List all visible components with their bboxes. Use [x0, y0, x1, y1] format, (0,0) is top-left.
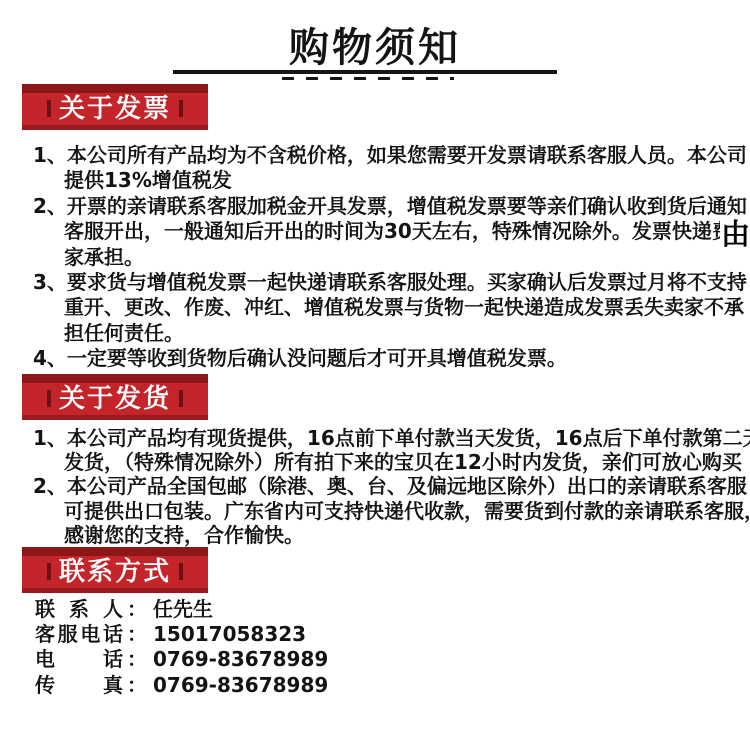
shopping-notice-page: 购物须知 关于发票 1、本公司所有产品均为不含税价格，如果您需要开发票请联系客服… — [0, 0, 750, 750]
badge-left-tick-icon — [47, 563, 51, 580]
notice-line: 担任何责任。 — [0, 321, 750, 346]
contact-separator: ： — [123, 622, 153, 647]
telephone-value: 0769-83678989 — [153, 647, 328, 671]
shipping-notice-text: 1、本公司产品均有现货提供，16点前下单付款当天发货，16点后下单付款第二天 发… — [0, 426, 750, 547]
invoice-notice-text: 1、本公司所有产品均为不含税价格，如果您需要开发票请联系客服人员。本公司 提供1… — [0, 143, 750, 372]
badge-right-tick-icon — [179, 563, 183, 580]
badge-left-tick-icon — [47, 390, 51, 407]
contact-info: 联系人：任先生 客服电话：15017058323 电话：0769-8367898… — [0, 597, 750, 698]
section-badge-invoice-label: 关于发票 — [59, 96, 171, 122]
page-title: 购物须知 — [0, 24, 750, 72]
notice-line: 重开、更改、作废、冲红、增值税发票与货物一起快递造成发票丢失卖家不承 — [0, 295, 750, 320]
section-badge-invoice: 关于发票 — [22, 84, 208, 130]
contact-row: 联系人：任先生 — [0, 597, 750, 622]
contact-row: 客服电话：15017058323 — [0, 622, 750, 647]
badge-left-tick-icon — [47, 100, 51, 117]
title-dash-artifact — [282, 77, 454, 80]
contact-label: 客服电话 — [35, 622, 123, 647]
contact-label: 电话 — [35, 647, 123, 672]
notice-line: 4、一定要等收到货物后确认没问题后才可开具增值税发票。 — [0, 346, 750, 371]
contact-separator: ： — [123, 597, 153, 622]
contact-separator: ： — [123, 647, 153, 672]
notice-line: 感谢您的支持，合作愉快。 — [0, 523, 750, 547]
badge-right-tick-icon — [179, 390, 183, 407]
notice-line: 2、开票的亲请联系客服加税金开具发票，增值税发票要等亲们确认收到货后通知 — [0, 194, 750, 219]
fax-value: 0769-83678989 — [153, 673, 328, 697]
contact-label: 传真 — [35, 673, 123, 698]
notice-line: 可提供出口包装。广东省内可支持快递代收款，需要货到付款的亲请联系客服， — [0, 499, 750, 523]
section-badge-contact: 联系方式 — [22, 547, 208, 593]
notice-line: 1、本公司所有产品均为不含税价格，如果您需要开发票请联系客服人员。本公司 — [0, 143, 750, 168]
notice-line: 家承担。 — [0, 245, 750, 270]
section-badge-contact-label: 联系方式 — [59, 559, 171, 585]
notice-line: 2、本公司产品全国包邮（除港、奥、台、及偏远地区除外）出口的亲请联系客服 — [0, 474, 750, 498]
notice-line: 提供13%增值税发 — [0, 168, 750, 193]
contact-row: 电话：0769-83678989 — [0, 647, 750, 672]
contact-row: 传真：0769-83678989 — [0, 673, 750, 698]
notice-line: 1、本公司产品均有现货提供，16点前下单付款当天发货，16点后下单付款第二天 — [0, 426, 750, 450]
section-badge-shipping: 关于发货 — [22, 374, 208, 420]
contact-person-value: 任先生 — [153, 597, 213, 621]
notice-line: 客服开出，一般通知后开出的时间为30天左右，特殊情况除外。发票快递费 — [0, 219, 750, 244]
edge-overflow-character: 由 — [720, 218, 750, 250]
notice-line: 发货，（特殊情况除外）所有拍下来的宝贝在12小时内发货，亲们可放心购买 — [0, 450, 750, 474]
notice-line: 3、要求货与增值税发票一起快递请联系客服处理。买家确认后发票过月将不支持 — [0, 270, 750, 295]
contact-separator: ： — [123, 673, 153, 698]
title-underline — [173, 70, 557, 74]
contact-label: 联系人 — [35, 597, 123, 622]
badge-right-tick-icon — [179, 100, 183, 117]
service-phone-value: 15017058323 — [153, 622, 306, 646]
section-badge-shipping-label: 关于发货 — [59, 386, 171, 412]
